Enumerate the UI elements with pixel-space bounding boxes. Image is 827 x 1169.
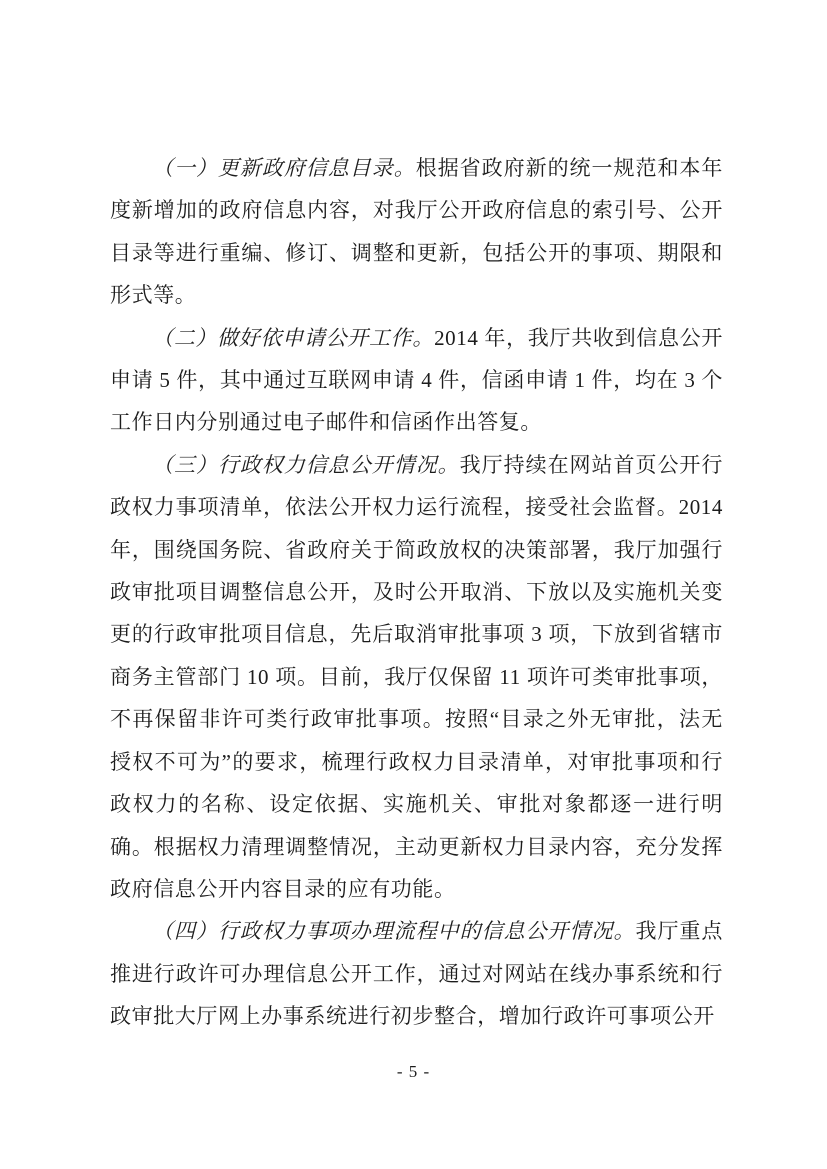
paragraph: （四）行政权力事项办理流程中的信息公开情况。我厅重点推进行政许可办理信息公开工作… xyxy=(110,910,723,1037)
paragraph-heading: （三）行政权力信息公开情况。 xyxy=(152,453,460,477)
document-page: （一）更新政府信息目录。根据省政府新的统一规范和本年度新增加的政府信息内容，对我… xyxy=(0,0,827,1169)
paragraph: （一）更新政府信息目录。根据省政府新的统一规范和本年度新增加的政府信息内容，对我… xyxy=(110,147,723,317)
document-body: （一）更新政府信息目录。根据省政府新的统一规范和本年度新增加的政府信息内容，对我… xyxy=(110,147,723,1038)
paragraph-heading: （二）做好依申请公开工作。 xyxy=(152,326,434,350)
paragraph-body: 我厅持续在网站首页公开行政权力事项清单，依法公开权力运行流程，接受社会监督。20… xyxy=(110,453,723,901)
paragraph-heading: （四）行政权力事项办理流程中的信息公开情况。 xyxy=(152,919,635,943)
paragraph-heading: （一）更新政府信息目录。 xyxy=(152,156,416,180)
paragraph: （三）行政权力信息公开情况。我厅持续在网站首页公开行政权力事项清单，依法公开权力… xyxy=(110,444,723,910)
page-number: - 5 - xyxy=(0,1062,827,1082)
paragraph: （二）做好依申请公开工作。2014 年，我厅共收到信息公开申请 5 件，其中通过… xyxy=(110,317,723,444)
